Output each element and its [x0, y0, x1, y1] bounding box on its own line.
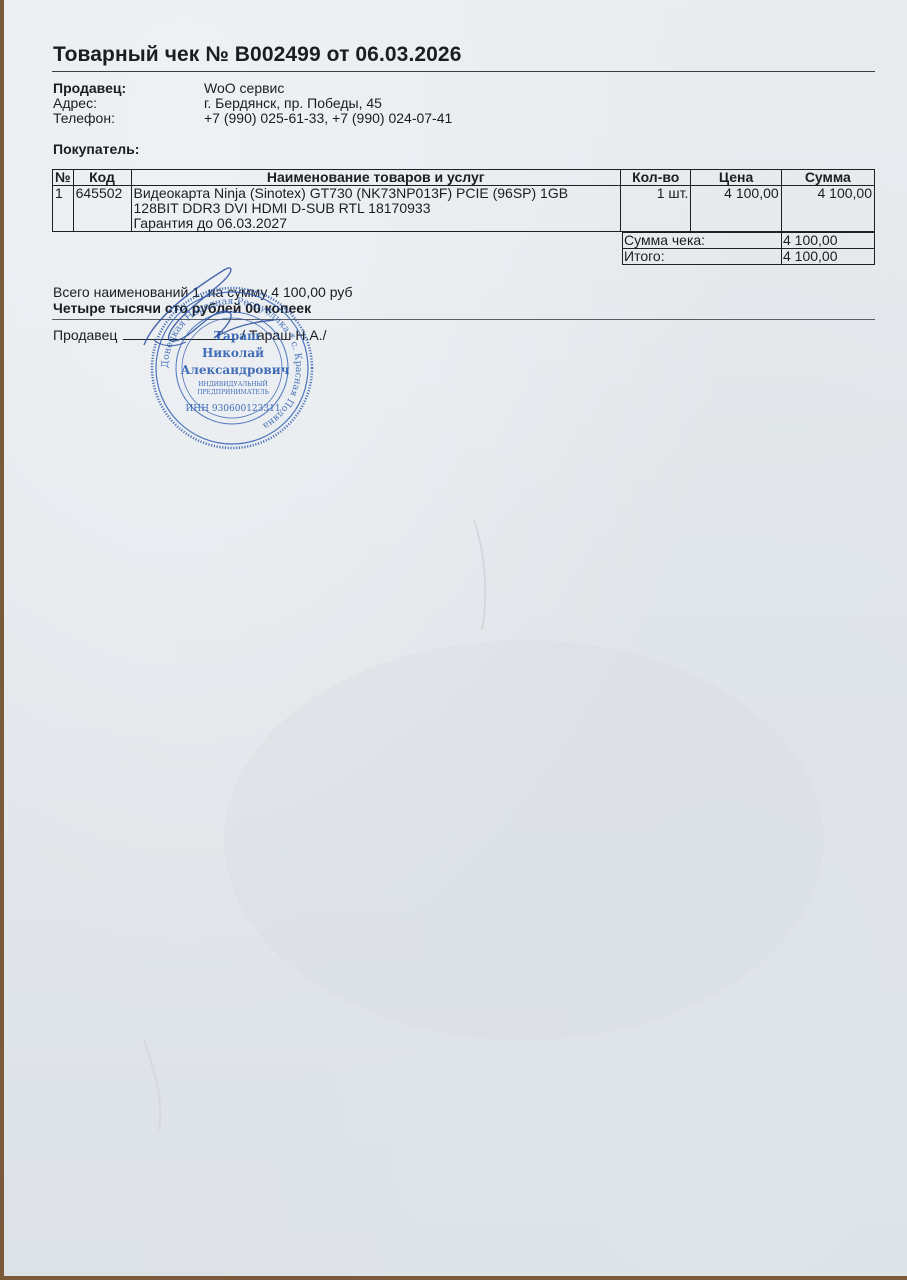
seller-label: Продавец:	[53, 80, 126, 96]
receipt-sum-label: Сумма чека:	[623, 233, 782, 249]
stamp-first-name: Николай	[202, 346, 264, 360]
summary-count-line: Всего наименований 1, на сумму 4 100,00 …	[53, 284, 353, 300]
stamp-patronymic: Александрович	[181, 363, 290, 377]
summary: Всего наименований 1, на сумму 4 100,00 …	[53, 284, 353, 316]
svg-text:Донецкая Народная Республика *: Донецкая Народная Республика * с. Красна…	[160, 296, 304, 432]
stamp-ring-text: Донецкая Народная Республика * с. Красна…	[160, 296, 304, 432]
stamp-ip-line2: ПРЕДПРИНИМАТЕЛЬ	[197, 389, 269, 396]
seller-signature-line: Продавец / Тараш Н.А./	[53, 327, 326, 343]
header-code: Код	[73, 170, 131, 186]
header-price: Цена	[691, 170, 781, 186]
table-row: 1 645502 Видеокарта Ninja (Sinotex) GT73…	[53, 186, 875, 232]
receipt-sum-row: Сумма чека: 4 100,00	[623, 233, 875, 249]
row-name-line2: 128BIT DDR3 DVI HDMI D-SUB RTL 18170933	[134, 201, 619, 216]
row-number: 1	[53, 186, 74, 232]
stamp-inn: ИНН 930600123311	[185, 404, 280, 414]
seller-value: WoO сервис	[204, 80, 284, 96]
header-qty: Кол-во	[621, 170, 691, 186]
phone-label: Телефон:	[53, 110, 115, 126]
stamp-ip-line1: ИНДИВИДУАЛЬНЫЙ	[198, 380, 267, 388]
buyer-label: Покупатель:	[53, 141, 139, 157]
row-code: 645502	[73, 186, 131, 232]
phone-value: +7 (990) 025-61-33, +7 (990) 024-07-41	[204, 110, 452, 126]
row-sum: 4 100,00	[781, 186, 874, 232]
row-qty: 1 шт.	[621, 186, 691, 232]
signature-blank	[123, 327, 235, 340]
title-divider	[52, 71, 875, 72]
totals-table: Сумма чека: 4 100,00 Итого: 4 100,00	[622, 232, 875, 265]
address-value: г. Бердянск, пр. Победы, 45	[204, 95, 382, 111]
address-label: Адрес:	[53, 95, 97, 111]
row-price: 4 100,00	[691, 186, 781, 232]
signature-label: Продавец	[53, 327, 117, 343]
header-name: Наименование товаров и услуг	[131, 170, 621, 186]
header-number: №	[53, 170, 74, 186]
items-table: № Код Наименование товаров и услуг Кол-в…	[52, 169, 875, 232]
total-label: Итого:	[623, 249, 782, 265]
row-name-line1: Видеокарта Ninja (Sinotex) GT730 (NK73NP…	[134, 186, 619, 201]
table-header-row: № Код Наименование товаров и услуг Кол-в…	[53, 170, 875, 186]
receipt-paper: Товарный чек № В002499 от 06.03.2026 Про…	[4, 0, 907, 1276]
total-value: 4 100,00	[782, 249, 875, 265]
row-name: Видеокарта Ninja (Sinotex) GT730 (NK73NP…	[131, 186, 621, 232]
document-title: Товарный чек № В002499 от 06.03.2026	[53, 43, 462, 67]
summary-divider	[52, 319, 875, 320]
receipt-sum-value: 4 100,00	[782, 233, 875, 249]
header-sum: Сумма	[781, 170, 874, 186]
summary-amount-words: Четыре тысячи сто рублей 00 копеек	[53, 300, 353, 316]
total-row: Итого: 4 100,00	[623, 249, 875, 265]
paper-shading	[4, 480, 907, 1180]
row-warranty: Гарантия до 06.03.2027	[134, 216, 619, 231]
signature-name: / Тараш Н.А./	[241, 327, 326, 343]
